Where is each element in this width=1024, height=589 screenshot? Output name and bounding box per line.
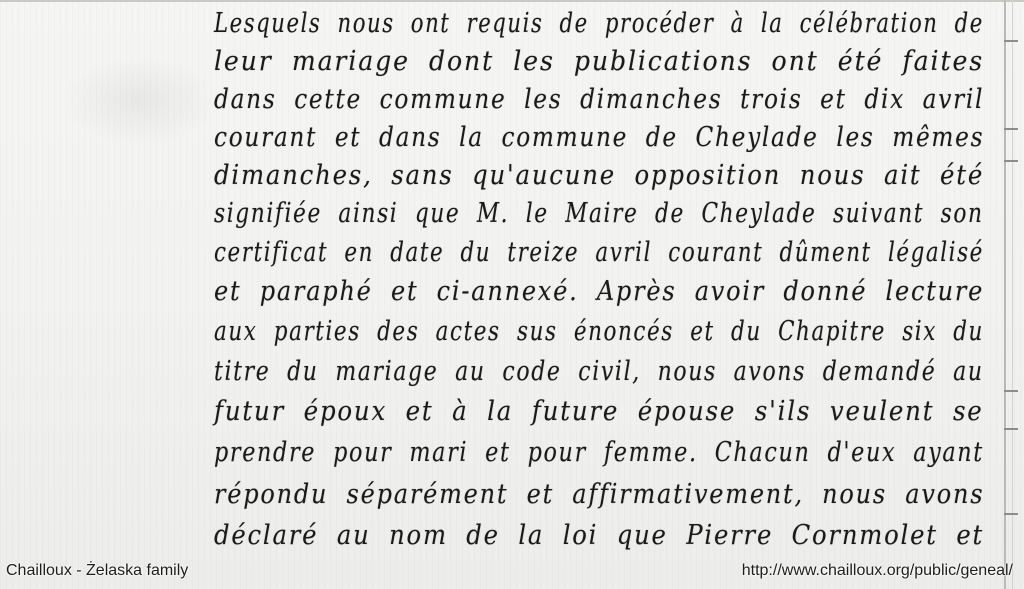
family-watermark-label: Chailloux - Żelaska family <box>6 562 188 580</box>
handwritten-line: courant et dans la commune de Cheylade l… <box>214 122 984 153</box>
website-url-watermark: http://www.chailloux.org/public/geneal/ <box>742 562 1013 580</box>
handwritten-line: répondu séparément et affirmativement, n… <box>214 479 984 510</box>
handwritten-line: dans cette commune les dimanches trois e… <box>214 84 984 115</box>
handwritten-line: leur mariage dont les publications ont é… <box>214 46 984 77</box>
margin-tick <box>1004 513 1018 515</box>
handwritten-line: Lesquels nous ont requis de procéder à l… <box>214 8 984 39</box>
margin-tick <box>1004 160 1018 162</box>
margin-tick <box>1004 428 1018 430</box>
handwritten-line: aux parties des actes sus énoncés et du … <box>214 316 984 347</box>
right-margin-rule-secondary <box>1012 0 1013 589</box>
margin-tick <box>1004 40 1018 42</box>
margin-tick <box>1004 390 1018 392</box>
handwritten-line: prendre pour mari et pour femme. Chacun … <box>214 437 984 468</box>
paper-stain <box>60 55 220 145</box>
handwritten-line: certificat en date du treize avril coura… <box>214 237 984 268</box>
page-top-edge <box>0 0 1024 2</box>
scanned-document-page: Lesquels nous ont requis de procéder à l… <box>0 0 1024 589</box>
handwritten-line: futur époux et à la future épouse s'ils … <box>214 396 984 427</box>
handwritten-line: signifiée ainsi que M. le Maire de Cheyl… <box>214 198 984 229</box>
right-margin-rule <box>1004 0 1006 589</box>
handwritten-line: dimanches, sans qu'aucune opposition nou… <box>214 160 984 191</box>
handwritten-line: et paraphé et ci-annexé. Après avoir don… <box>214 276 984 307</box>
handwritten-line: titre du mariage au code civil, nous avo… <box>214 356 984 387</box>
handwritten-line: déclaré au nom de la loi que Pierre Corn… <box>214 520 984 551</box>
margin-tick <box>1004 128 1018 130</box>
